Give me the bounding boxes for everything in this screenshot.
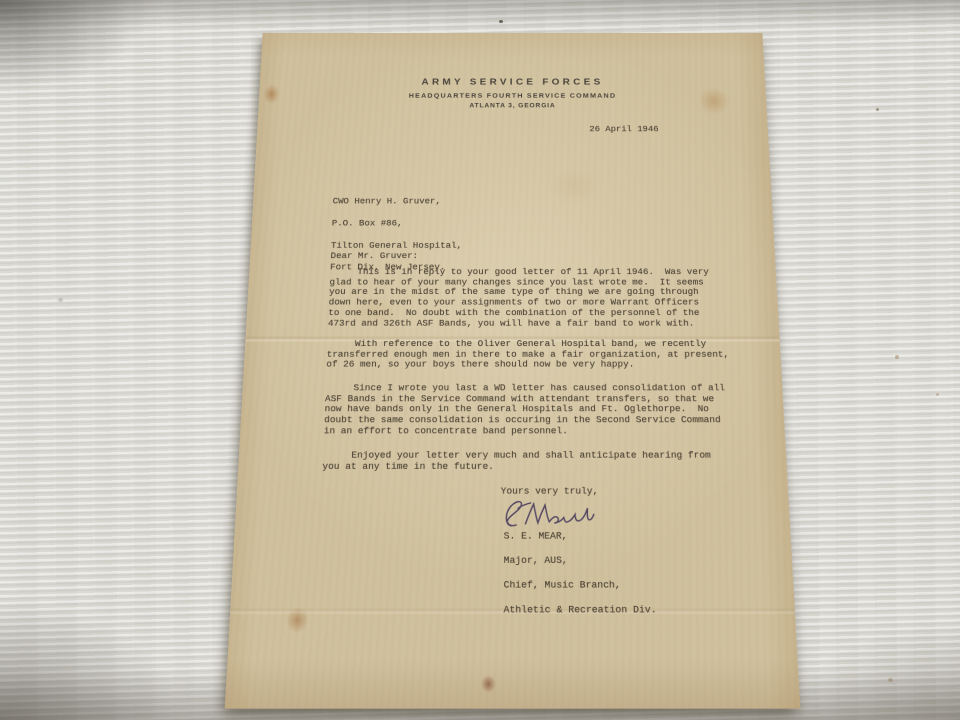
letterhead-command: HEADQUARTERS FOURTH SERVICE COMMAND [259, 92, 766, 100]
letter-date: 26 April 1946 [589, 124, 658, 134]
fabric-speck [895, 355, 899, 359]
fabric-speck [876, 108, 879, 111]
letter-paragraph: Enjoyed your letter very much and shall … [322, 451, 711, 473]
recipient-line: P.O. Box #86, [332, 218, 403, 228]
paper-stain [692, 83, 735, 120]
letter-paragraph: This is in reply to your good letter of … [328, 267, 711, 328]
recipient-line: Tilton General Hospital, [331, 240, 462, 250]
letterhead-location: ATLANTA 3, GEORGIA [258, 103, 766, 109]
letter-paragraph: With reference to the Oliver General Hos… [326, 339, 730, 370]
recipient-address: CWO Henry H. Gruver, P.O. Box #86, Tilto… [330, 196, 463, 273]
fabric-speck [499, 20, 503, 23]
signature-ink [496, 497, 596, 532]
photograph: ARMY SERVICE FORCES HEADQUARTERS FOURTH … [0, 0, 960, 720]
signature-block-line: S. E. MEAR, [504, 530, 568, 542]
signature-block-line: Major, AUS, [504, 554, 568, 566]
recipient-line: CWO Henry H. Gruver, [332, 196, 440, 206]
signature-block: S. E. MEAR, Major, AUS, Chief, Music Bra… [504, 530, 657, 616]
letterhead-organization: ARMY SERVICE FORCES [260, 77, 766, 87]
signature-block-line: Chief, Music Branch, [504, 579, 621, 591]
letter-paper: ARMY SERVICE FORCES HEADQUARTERS FOURTH … [225, 33, 801, 709]
letter-paragraph: Since I wrote you last a WD letter has c… [324, 383, 728, 437]
paper-stain [479, 673, 498, 695]
paper-stain [540, 162, 610, 209]
signature-block-line: Athletic & Recreation Div. [504, 604, 657, 616]
salutation: Dear Mr. Gruver: [330, 251, 418, 261]
fabric-speck [58, 298, 63, 302]
fabric-speck [888, 678, 893, 682]
closing-phrase: Yours very truly, [501, 485, 599, 496]
fabric-speck [936, 393, 939, 396]
